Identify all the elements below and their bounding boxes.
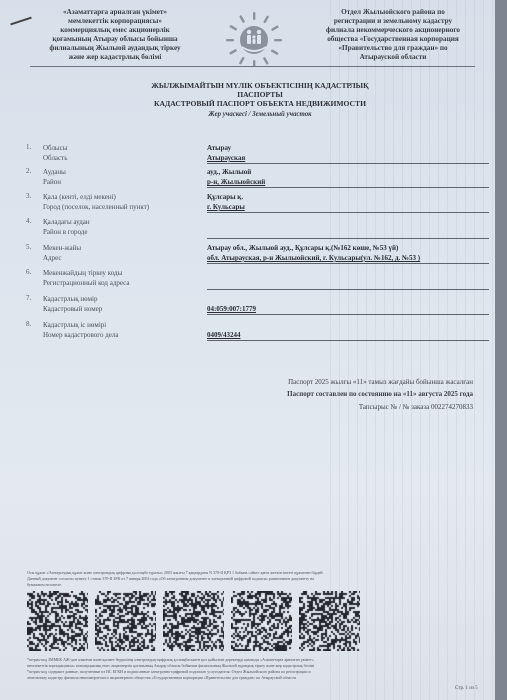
field-number: 6. — [26, 268, 31, 276]
passport-date-ru: Паспорт составлен по состоянию на «11» а… — [287, 390, 473, 398]
field-label-ru: Район — [43, 177, 61, 187]
field-label-kz: Облысы — [43, 143, 67, 153]
pen-mark — [10, 17, 32, 26]
field-number: 2. — [26, 167, 31, 175]
subtitle: Жер учаскесі / Земельный участок — [100, 111, 420, 118]
field-label-ru: Адрес — [43, 253, 62, 263]
field-value-ru: г. Кульсары — [207, 202, 245, 212]
field-label-ru: Кадастровый номер — [43, 304, 102, 314]
government-logo-icon — [222, 10, 286, 68]
legal-notice: Осы құжат «Электрондық құжат және электр… — [27, 570, 487, 588]
field-value-ru: 0409/43244 — [207, 330, 240, 340]
qr-code-icon — [231, 591, 292, 651]
field-label-kz: Қала (кенті, елді мекені) — [43, 192, 116, 202]
field-label-kz: Ауданы — [43, 167, 66, 177]
field-label-ru: Область — [43, 153, 67, 163]
field-label-ru: Город (поселок, населенный пункт) — [43, 202, 149, 212]
field-value-kz: ауд., Жылыой — [207, 167, 251, 177]
header-right-ru: Отдел Жылыойского района по регистрации … — [318, 8, 468, 62]
qr-code-icon — [299, 591, 360, 651]
field-underline — [207, 263, 489, 264]
title-ru: КАДАСТРОВЫЙ ПАСПОРТ ОБЪЕКТА НЕДВИЖИМОСТИ — [100, 99, 420, 109]
field-underline — [207, 340, 489, 341]
field-label-kz: Мекенжайдың тіркеу коды — [43, 268, 122, 278]
qr-code-icon — [163, 591, 224, 651]
field-number: 3. — [26, 192, 31, 200]
field-label-ru: Район в городе — [43, 227, 87, 237]
field-label-kz: Қаладағы аудан — [43, 217, 90, 227]
field-number: 4. — [26, 217, 31, 225]
field-number: 7. — [26, 294, 31, 302]
field-underline — [207, 289, 489, 290]
field-label-ru: Номер кадастрового дела — [43, 330, 119, 340]
field-value-ru: 04:059:007:1779 — [207, 304, 256, 314]
field-number: 1. — [26, 143, 31, 151]
qr-code-icon — [95, 591, 156, 651]
background-edge — [495, 0, 507, 700]
field-value-ru: р-н, Жылыойский — [207, 177, 265, 187]
field-underline — [207, 212, 489, 213]
field-value-ru: Атырауская — [207, 153, 245, 163]
qr-code-icon — [27, 591, 88, 651]
field-label-kz: Кадастрлық нөмір — [43, 294, 97, 304]
field-number: 8. — [26, 320, 31, 328]
header-divider — [30, 66, 475, 67]
field-underline — [207, 238, 489, 239]
field-value-kz: Атырау — [207, 143, 231, 153]
field-underline — [207, 187, 489, 188]
field-label-kz: Кадастрлық іс нөмірі — [43, 320, 106, 330]
header-left-kz: «Азаматтарға арналған үкімет» мемлекетті… — [35, 8, 195, 62]
field-underline — [207, 163, 489, 164]
field-value-kz: Құлсары қ. — [207, 192, 243, 202]
field-number: 5. — [26, 243, 31, 251]
field-label-ru: Регистрационный код адреса — [43, 278, 129, 288]
field-value-kz: Атырау обл., Жылыой ауд., Құлсары қ.(№16… — [207, 243, 398, 253]
field-value-ru: обл. Атырауская, р-н Жылыойский, г. Куль… — [207, 253, 420, 263]
passport-date-kz: Паспорт 2025 жылғы «11» тамыз жағдайы бо… — [288, 378, 473, 386]
barcode-note: *штрих-код ЗММБК АЖ-дан алынған және қыз… — [27, 657, 487, 681]
cadastral-passport-page: «Азаматтарға арналған үкімет» мемлекетті… — [0, 0, 495, 700]
field-label-kz: Мекен-жайы — [43, 243, 81, 253]
field-underline — [207, 314, 489, 315]
page-number: Стр. 1 из 5 — [455, 686, 478, 691]
order-number: Тапсырыс № / № заказа 002274270833 — [359, 403, 473, 411]
